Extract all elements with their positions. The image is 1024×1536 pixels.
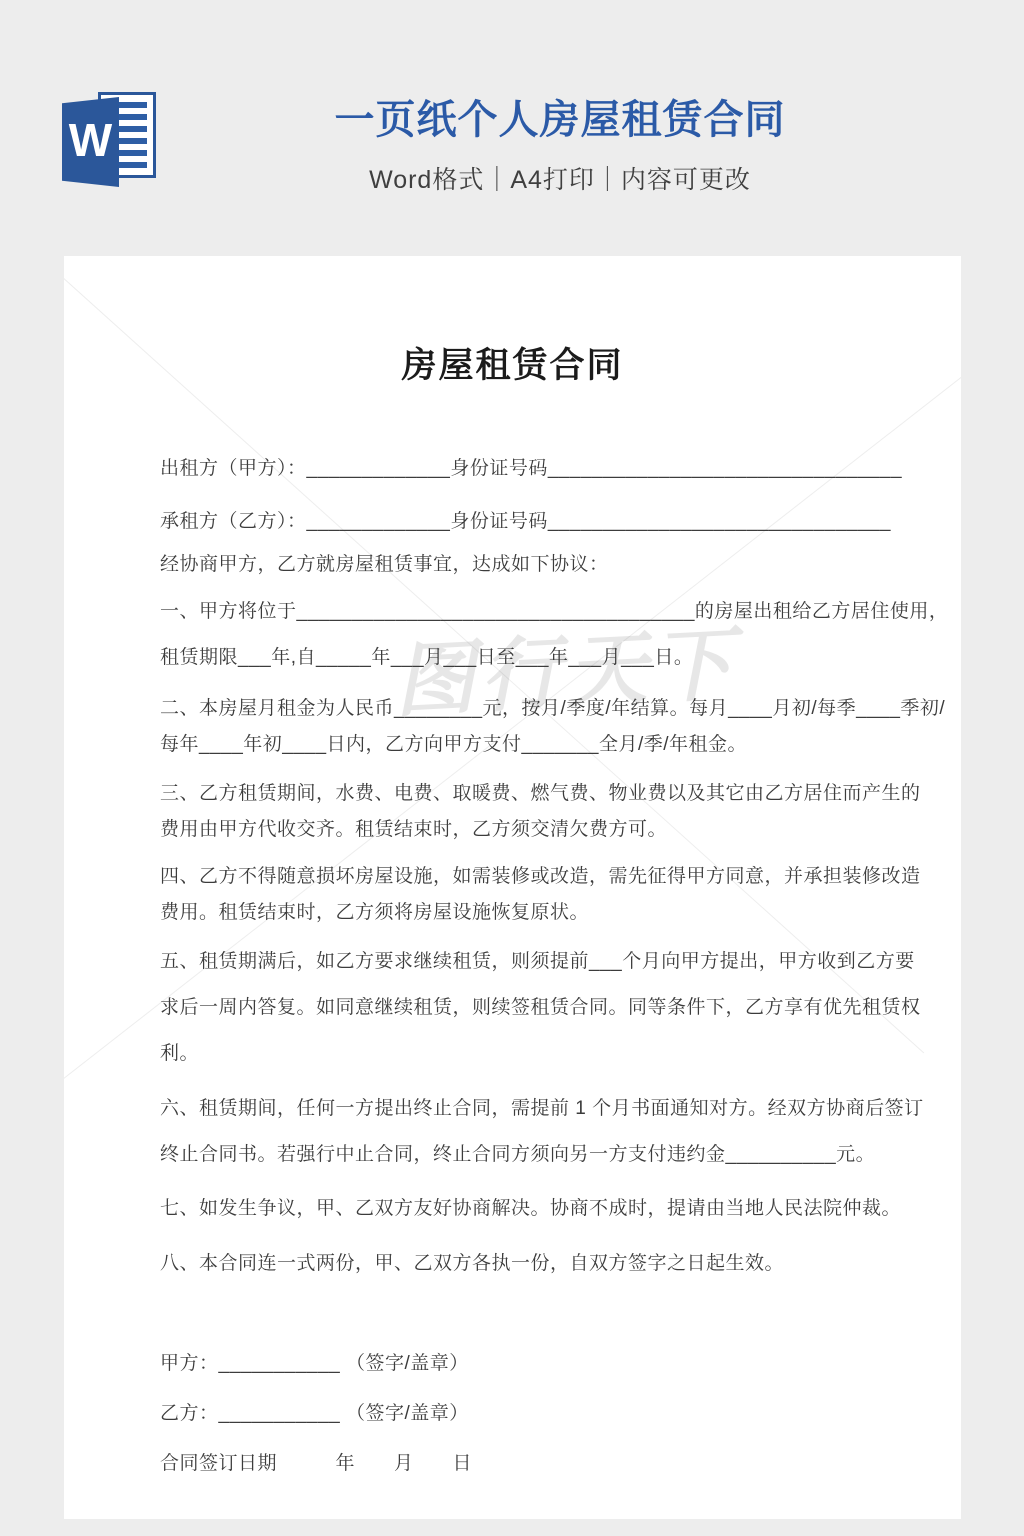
contract-clause-3: 三、乙方租赁期间，水费、电费、取暖费、燃气费、物业费以及其它由乙方居住而产生的 … — [160, 776, 905, 848]
contract-clause-7: 七、如发生争议，甲、乙双方友好协商解决。协商不成时，提请由当地人民法院仲裁。 — [160, 1186, 905, 1232]
contract-clause-2: 二、本房屋月租金为人民币________元，按月/季度/年结算。每月____月初… — [160, 691, 905, 763]
contract-party-a-line: 出租方（甲方）：_____________身份证号码______________… — [160, 446, 905, 492]
template-subtitle: Word格式｜A4打印｜内容可更改 — [0, 160, 1024, 196]
contract-date-line: 合同签订日期 年 月 日 — [160, 1441, 905, 1487]
contract-clause-6: 六、租赁期间，任何一方提出终止合同，需提前 1 个月书面通知对方。经双方协商后签… — [160, 1086, 905, 1178]
contract-clause-8: 八、本合同连一式两份，甲、乙双方各执一份，自双方签字之日起生效。 — [160, 1241, 905, 1287]
document-page: 图行天下 房屋租赁合同 出租方（甲方）：_____________身份证号码__… — [64, 256, 961, 1519]
contract-preamble: 经协商甲方，乙方就房屋租赁事宜，达成如下协议： — [160, 542, 905, 588]
contract-title: 房屋租赁合同 — [64, 338, 961, 388]
template-preview: { "header": { "icon_letter": "W", "title… — [0, 0, 1024, 1536]
contract-party-b-line: 承租方（乙方）：_____________身份证号码______________… — [160, 499, 905, 545]
contract-clause-4: 四、乙方不得随意损坏房屋设施，如需装修或改造，需先征得甲方同意，并承担装修改造 … — [160, 859, 905, 931]
party-a-signature-line: 甲方：___________ （签字/盖章） — [160, 1341, 905, 1387]
contract-clause-5: 五、租赁期满后，如乙方要求继续租赁，则须提前___个月向甲方提出，甲方收到乙方要… — [160, 939, 905, 1077]
party-b-signature-line: 乙方：___________ （签字/盖章） — [160, 1391, 905, 1437]
contract-clause-1: 一、甲方将位于_________________________________… — [160, 589, 905, 681]
template-title: 一页纸个人房屋租赁合同 — [0, 88, 1024, 145]
